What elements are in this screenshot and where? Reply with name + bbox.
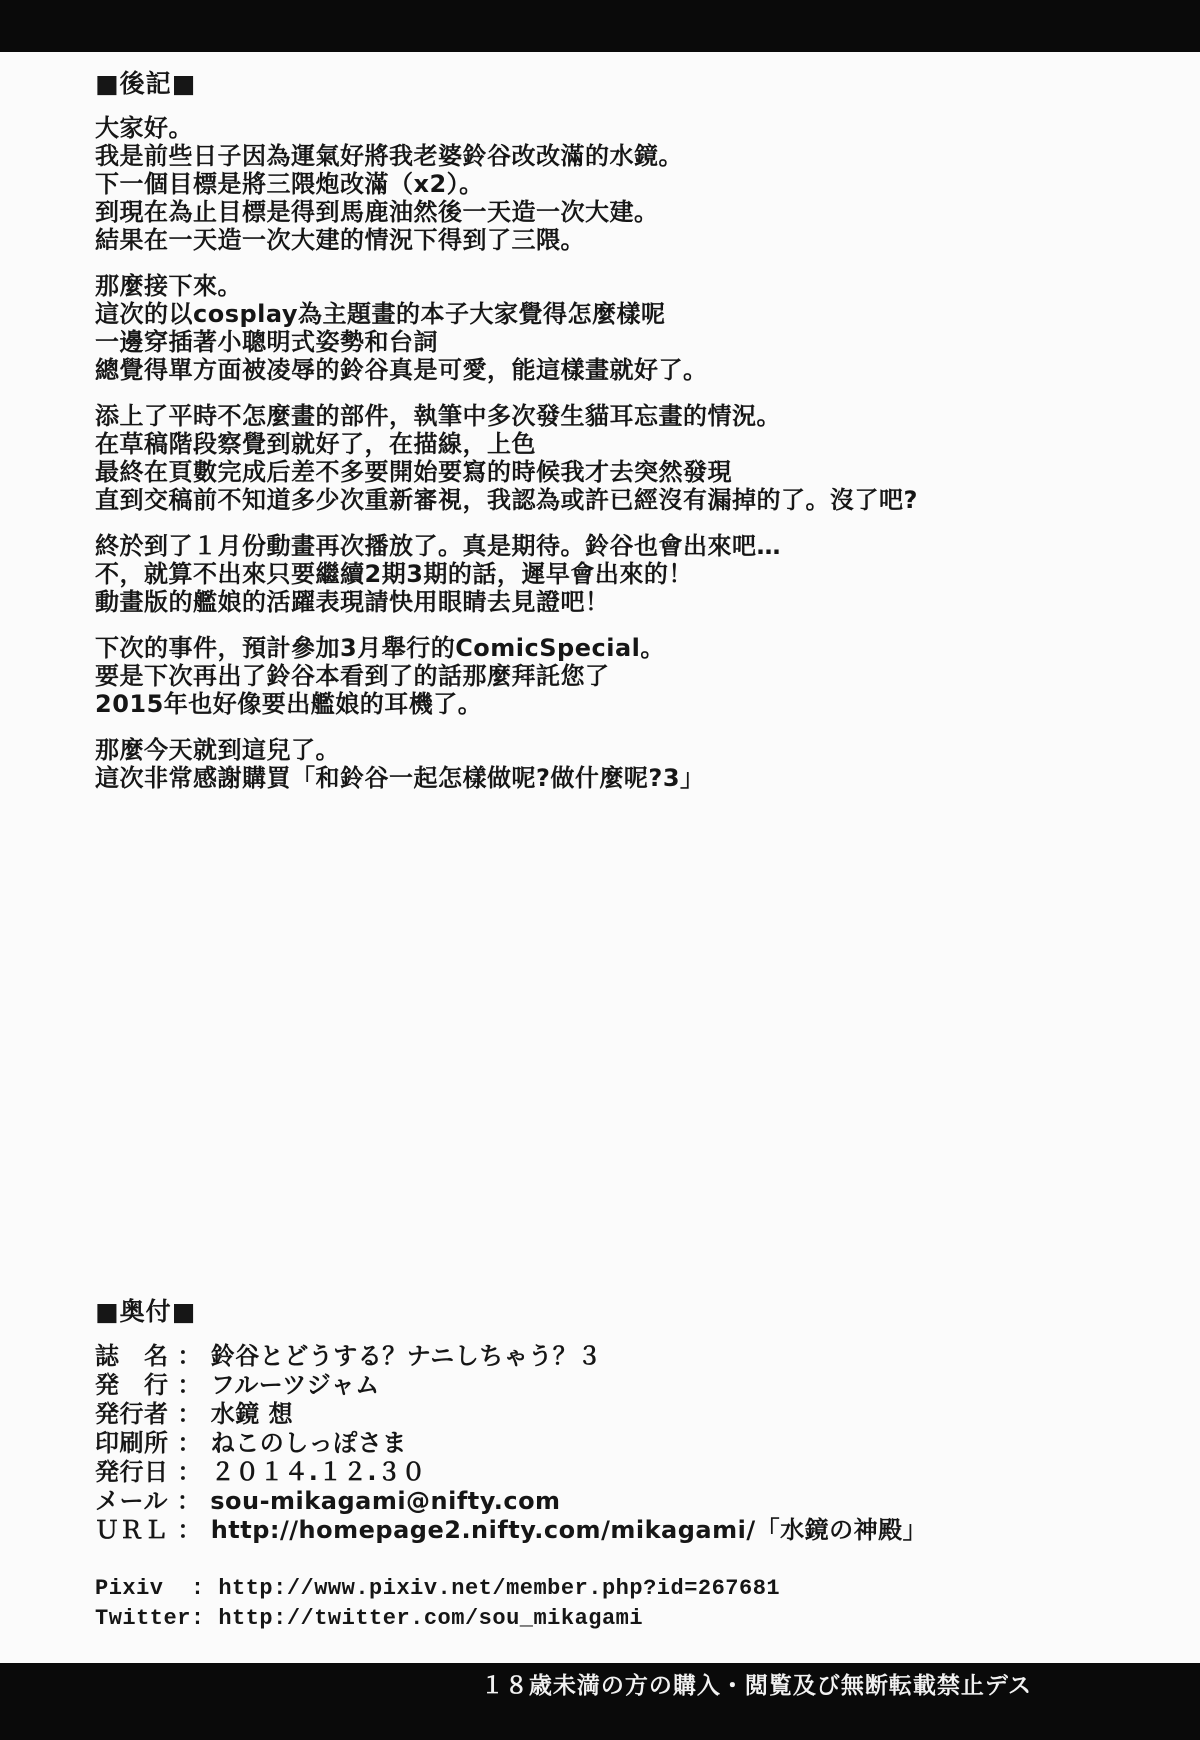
afterword-line: 直到交稿前不知道多少次重新審視，我認為或許已經沒有漏掉的了。沒了吧?	[95, 486, 1085, 514]
colophon-link-row: Pixiv : http://www.pixiv.net/member.php?…	[95, 1574, 1095, 1604]
afterword-line: 那麼接下來。	[95, 272, 1085, 300]
afterword-line: 2015年也好像要出艦娘的耳機了。	[95, 690, 1085, 718]
afterword-line	[95, 718, 1085, 736]
colophon-row: ＵＲＬ ： http://homepage2.nifty.com/mikagam…	[95, 1516, 1095, 1545]
afterword-line: 最終在頁數完成后差不多要開始要寫的時候我才去突然發現	[95, 458, 1085, 486]
afterword-line: 一邊穿插著小聰明式姿勢和台詞	[95, 328, 1085, 356]
colophon-row: メール ： sou-mikagami@nifty.com	[95, 1487, 1095, 1516]
colophon-heading: ■奥付■	[95, 1292, 196, 1328]
top-black-bar	[0, 0, 1200, 52]
afterword-line: 到現在為止目標是得到馬鹿油然後一天造一次大建。	[95, 198, 1085, 226]
afterword-line: 在草稿階段察覺到就好了，在描線，上色	[95, 430, 1085, 458]
colophon-link-row: Twitter: http://twitter.com/sou_mikagami	[95, 1604, 1095, 1634]
colophon-row: 発 行 ： フルーツジャム	[95, 1371, 1095, 1400]
colophon-row: 誌 名 ： 鈴谷とどうする？ナニしちゃう？３	[95, 1342, 1095, 1371]
afterword-line: 總覺得單方面被凌辱的鈴谷真是可愛，能這樣畫就好了。	[95, 356, 1085, 384]
age-restriction-notice: １８歳未満の方の購入・閲覧及び無断転載禁止デス	[481, 1667, 1032, 1700]
colophon-links: Pixiv : http://www.pixiv.net/member.php?…	[95, 1574, 1095, 1634]
afterword-text: 大家好。我是前些日子因為運氣好將我老婆鈴谷改改滿的水鏡。下一個目標是將三隈炮改滿…	[95, 114, 1085, 792]
afterword-line	[95, 514, 1085, 532]
colophon-row: 発行日 ： ２０１４.１２.３０	[95, 1458, 1095, 1487]
afterword-line	[95, 384, 1085, 402]
afterword-line: 要是下次再出了鈴谷本看到了的話那麼拜託您了	[95, 662, 1085, 690]
afterword-line: 大家好。	[95, 114, 1085, 142]
bottom-black-bar: １８歳未満の方の購入・閲覧及び無断転載禁止デス	[0, 1663, 1200, 1740]
afterword-line: 添上了平時不怎麼畫的部件，執筆中多次發生貓耳忘畫的情況。	[95, 402, 1085, 430]
afterword-line: 終於到了１月份動畫再次播放了。真是期待。鈴谷也會出來吧…	[95, 532, 1085, 560]
afterword-line	[95, 616, 1085, 634]
colophon-rows: 誌 名 ： 鈴谷とどうする？ナニしちゃう？３発 行 ： フルーツジャム発行者 ：…	[95, 1342, 1095, 1545]
colophon-row: 印刷所 ： ねこのしっぽさま	[95, 1429, 1095, 1458]
scanned-page: ■後記■ 大家好。我是前些日子因為運氣好將我老婆鈴谷改改滿的水鏡。下一個目標是將…	[0, 0, 1200, 1740]
afterword-line: 那麼今天就到這兒了。	[95, 736, 1085, 764]
afterword-line: 這次非常感謝購買「和鈴谷一起怎樣做呢?做什麼呢?3」	[95, 764, 1085, 792]
afterword-line: 下一個目標是將三隈炮改滿（x2）。	[95, 170, 1085, 198]
afterword-line: 動畫版的艦娘的活躍表現請快用眼睛去見證吧！	[95, 588, 1085, 616]
afterword-line: 不，就算不出來只要繼續2期3期的話，遲早會出來的！	[95, 560, 1085, 588]
afterword-line: 我是前些日子因為運氣好將我老婆鈴谷改改滿的水鏡。	[95, 142, 1085, 170]
afterword-line: 下次的事件，預計參加3月舉行的ComicSpecial。	[95, 634, 1085, 662]
colophon-row: 発行者 ： 水鏡 想	[95, 1400, 1095, 1429]
afterword-heading: ■後記■	[95, 64, 196, 100]
afterword-line	[95, 254, 1085, 272]
afterword-line: 這次的以cosplay為主題畫的本子大家覺得怎麼樣呢	[95, 300, 1085, 328]
afterword-line: 結果在一天造一次大建的情況下得到了三隈。	[95, 226, 1085, 254]
